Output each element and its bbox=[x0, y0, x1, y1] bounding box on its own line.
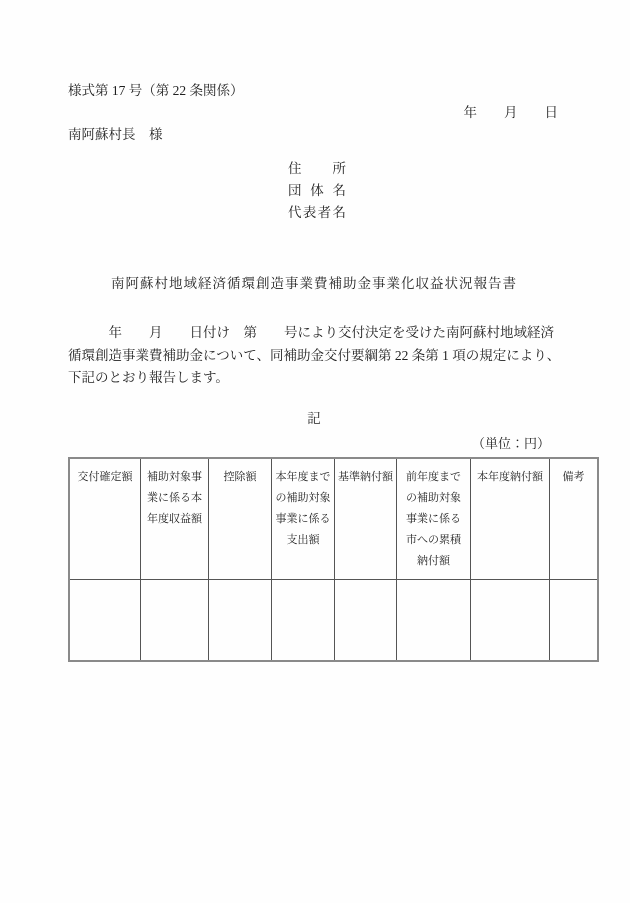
table-header-cell: 前年度までの補助対象事業に係る市への累積納付額 bbox=[397, 458, 471, 580]
table-header-cell: 補助対象事業に係る本年度収益額 bbox=[141, 458, 209, 580]
table-header-cell: 交付確定額 bbox=[69, 458, 141, 580]
report-table: 交付確定額補助対象事業に係る本年度収益額控除額本年度までの補助対象事業に係る支出… bbox=[68, 457, 599, 662]
table-header-line: 業に係る本 bbox=[141, 488, 208, 509]
table-header-line: 交付確定額 bbox=[70, 467, 140, 488]
unit-note: （単位：円） bbox=[68, 434, 588, 454]
table-header-line: 備考 bbox=[550, 467, 597, 488]
table-header-line: 納付額 bbox=[397, 551, 470, 572]
table-header-line: 年度収益額 bbox=[141, 509, 208, 530]
date-line: 年 月 日 bbox=[68, 102, 560, 124]
table-data-row bbox=[69, 579, 598, 661]
table-header-line: の補助対象 bbox=[272, 488, 334, 509]
table-cell bbox=[397, 579, 471, 661]
table-header-line: 事業に係る bbox=[397, 509, 470, 530]
table-header-line: 本年度納付額 bbox=[471, 467, 549, 488]
document-page: 様式第 17 号（第 22 条関係） 年 月 日 南阿蘇村長 様 住所 団体名 … bbox=[0, 0, 630, 903]
table-header-line: 補助対象事 bbox=[141, 467, 208, 488]
table-cell bbox=[272, 579, 335, 661]
report-table-head: 交付確定額補助対象事業に係る本年度収益額控除額本年度までの補助対象事業に係る支出… bbox=[69, 458, 598, 580]
report-table-body bbox=[69, 579, 598, 661]
record-marker: 記 bbox=[68, 408, 560, 430]
table-header-line: 事業に係る bbox=[272, 509, 334, 530]
table-header-cell: 本年度までの補助対象事業に係る支出額 bbox=[272, 458, 335, 580]
document-text-area: 様式第 17 号（第 22 条関係） 年 月 日 南阿蘇村長 様 住所 団体名 … bbox=[68, 80, 560, 430]
body-line-2: 循環創造事業費補助金について、同補助金交付要綱第 22 条第 1 項の規定により… bbox=[68, 345, 560, 368]
body-paragraph: 年 月 日付け 第 号により交付決定を受けた南阿蘇村地域経済 循環創造事業費補助… bbox=[68, 322, 560, 390]
document-title: 南阿蘇村地域経済循環創造事業費補助金事業化収益状況報告書 bbox=[68, 273, 560, 295]
table-header-line: 控除額 bbox=[209, 467, 271, 488]
table-header-line: 前年度まで bbox=[397, 467, 470, 488]
sender-representative-label: 代表者名 bbox=[288, 202, 346, 224]
sender-address-label: 住所 bbox=[288, 158, 346, 180]
table-header-row: 交付確定額補助対象事業に係る本年度収益額控除額本年度までの補助対象事業に係る支出… bbox=[69, 458, 598, 580]
form-number: 様式第 17 号（第 22 条関係） bbox=[68, 80, 560, 102]
table-cell bbox=[471, 579, 550, 661]
table-header-line: 市への累積 bbox=[397, 530, 470, 551]
table-cell bbox=[141, 579, 209, 661]
table-header-cell: 控除額 bbox=[209, 458, 272, 580]
table-cell bbox=[550, 579, 599, 661]
table-header-cell: 備考 bbox=[550, 458, 599, 580]
table-header-line: 基準納付額 bbox=[335, 467, 396, 488]
table-cell bbox=[69, 579, 141, 661]
table-header-cell: 本年度納付額 bbox=[471, 458, 550, 580]
table-header-line: 本年度まで bbox=[272, 467, 334, 488]
table-cell bbox=[209, 579, 272, 661]
sender-info-block: 住所 団体名 代表者名 bbox=[288, 158, 560, 224]
body-line-3: 下記のとおり報告します。 bbox=[68, 367, 560, 390]
table-cell bbox=[335, 579, 397, 661]
sender-organization-label: 団体名 bbox=[288, 180, 346, 202]
table-header-cell: 基準納付額 bbox=[335, 458, 397, 580]
table-header-line: の補助対象 bbox=[397, 488, 470, 509]
body-line-1: 年 月 日付け 第 号により交付決定を受けた南阿蘇村地域経済 bbox=[68, 322, 560, 345]
table-header-line: 支出額 bbox=[272, 530, 334, 551]
addressee: 南阿蘇村長 様 bbox=[68, 124, 560, 146]
